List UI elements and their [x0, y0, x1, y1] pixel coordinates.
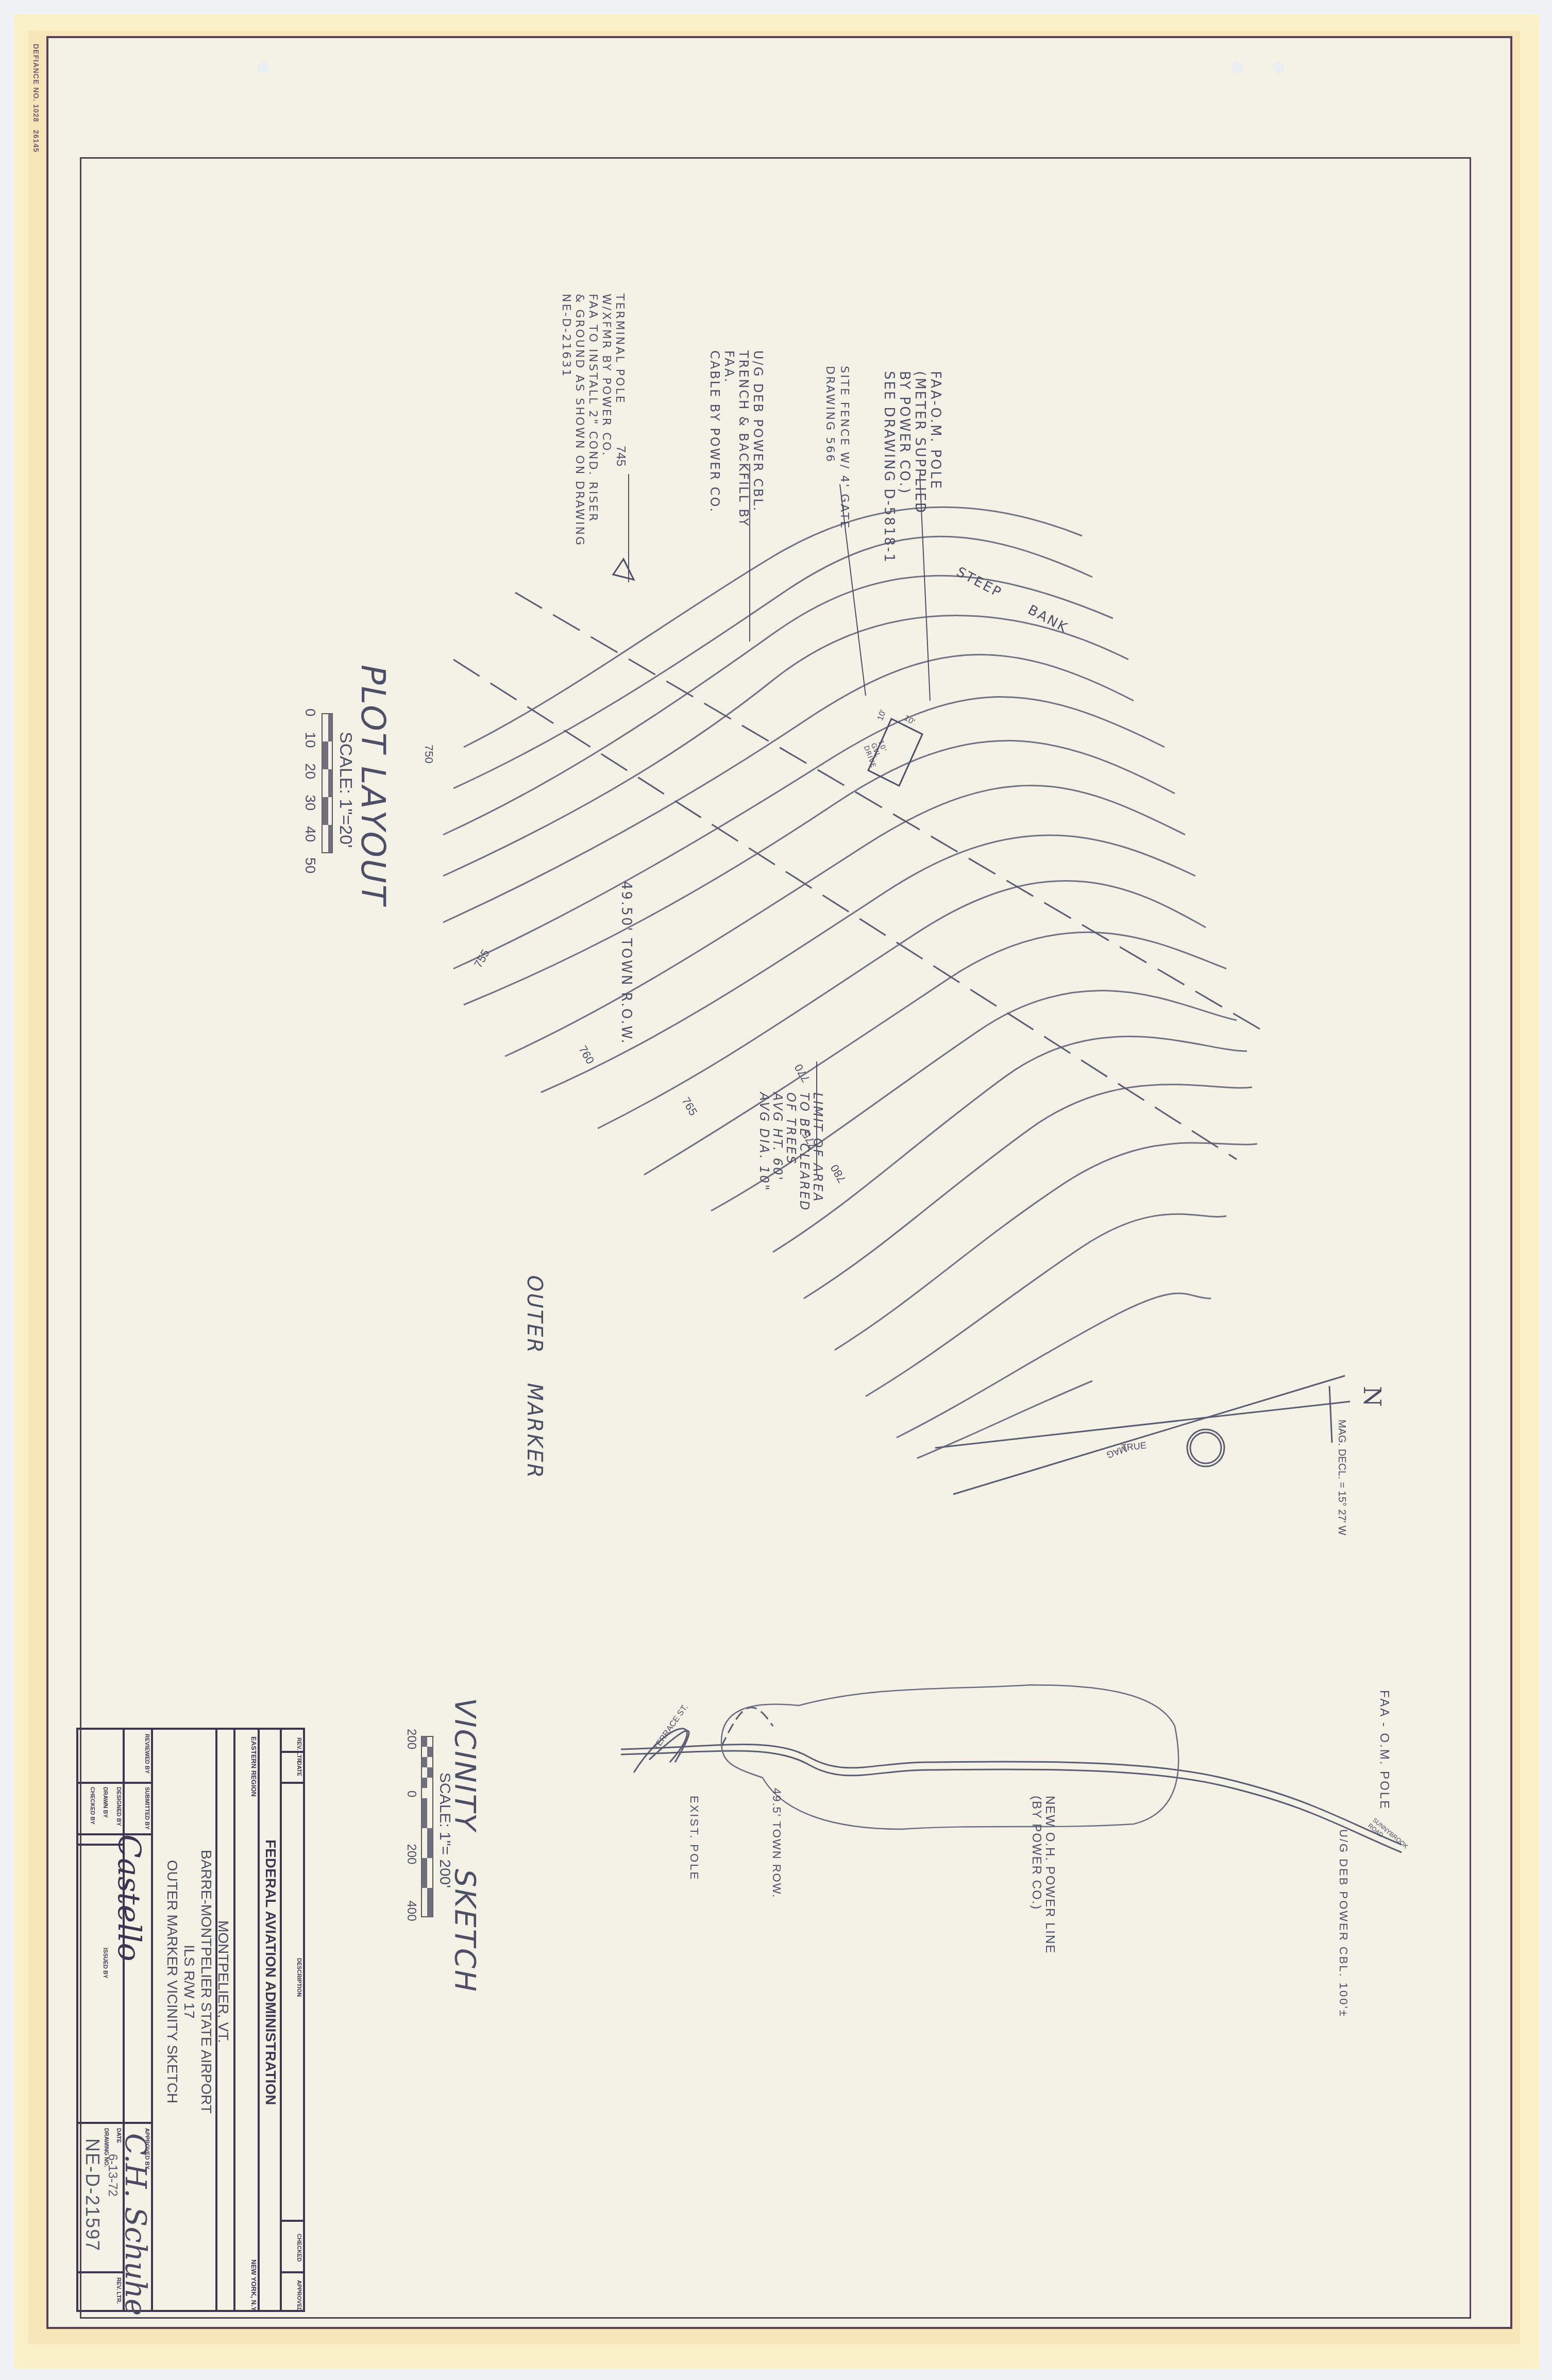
approved-signature: C.H. Schuhe — [119, 2133, 152, 2316]
date-header: DATE — [296, 1761, 302, 1776]
city-label: NEW YORK, N.Y. — [250, 2259, 258, 2312]
approved-header: APPROVED — [296, 2280, 302, 2312]
agency-name: FEDERAL AVIATION ADMINISTRATION — [262, 1839, 279, 2105]
title-line: ILS R/W 17 — [181, 1850, 198, 2114]
callout-line: & GROUND AS SHOWN ON DRAWING — [572, 294, 586, 547]
callout-line: U/G DEB POWER CBL. — [751, 350, 765, 527]
drawing-title: MONTPELIER, VT. BARRE-MONTPELIER STATE A… — [164, 1850, 232, 2114]
drawing-date: 6-13-72 — [105, 2154, 120, 2197]
plot-layout-scale: SCALE: 1"=20' — [335, 732, 356, 848]
callout-line: TERMINAL POLE — [613, 294, 626, 547]
site-fence-callout: SITE FENCE W/ 4' GATE DRAWING 566 — [822, 366, 851, 530]
exist-pole-label: EXIST. POLE — [687, 1796, 701, 1881]
plot-scale-bar — [322, 714, 332, 853]
callout-line: DRAWING 566 — [822, 366, 837, 530]
callout-line: (METER SUPPLIED — [912, 371, 927, 564]
description-header: DESCRIPTION — [296, 1958, 302, 1997]
title-line: MONTPELIER, VT. — [215, 1850, 232, 2114]
title-line: OUTER MARKER VICINITY SKETCH — [164, 1850, 181, 2114]
leader-lines — [629, 464, 930, 1175]
title-line: BARRE-MONTPELIER STATE AIRPORT — [198, 1850, 215, 2114]
tick: 0 — [302, 708, 318, 717]
callout-line: W/XFMR BY POWER CO. — [599, 294, 613, 547]
reviewed-by-label: REVIEWED BY — [144, 1734, 150, 1774]
drawing-number: NE-D-21597 — [81, 2138, 103, 2252]
tick: 10 — [302, 732, 318, 748]
plot-scale-ticks: 0 10 20 30 40 50 — [302, 708, 318, 873]
terminal-pole-callout: TERMINAL POLE W/XFMR BY POWER CO. FAA TO… — [559, 294, 626, 547]
callout-line: FAA TO INSTALL 2" COND. RISER — [586, 294, 599, 547]
tick: 200 — [404, 1844, 418, 1864]
om-pole-callout: FAA-O.M. POLE (METER SUPPLIED BY POWER C… — [881, 371, 943, 564]
mag-declination-label: MAG. DECL. = 15° 27' W — [1336, 1420, 1347, 1535]
callout-line: CABLE BY POWER CO. — [707, 350, 722, 527]
callout-line: NE-D-21631 — [559, 294, 572, 547]
contour-lines — [443, 507, 1257, 1458]
callout-line: OF TREES — [784, 1092, 798, 1211]
plot-layout-title: PLOT LAYOUT — [353, 665, 392, 906]
region-label: EASTERN REGION — [250, 1736, 258, 1797]
rev-ltr-header: REV. LTR. — [296, 1737, 302, 1764]
callout-line: SEE DRAWING D-5818-1 — [881, 371, 897, 564]
town-row-label: 49.50' TOWN R.O.W. — [618, 881, 634, 1045]
callout-line: TRENCH & BACKFILL BY — [736, 350, 751, 527]
callout-line: FAA-O.M. POLE — [927, 371, 943, 564]
outer-marker-label: OUTER MARKER — [522, 1275, 546, 1479]
issued-by-label: ISSUED BY — [102, 1948, 108, 1978]
vicinity-ug-cable-label: U/G DEB POWER CBL. 100'± — [1337, 1829, 1350, 2018]
ug-cable-callout: U/G DEB POWER CBL. TRENCH & BACKFILL BY … — [707, 350, 765, 527]
submitted-by-label: SUBMITTED BY — [144, 1787, 150, 1830]
callout-line: FAA. — [722, 350, 736, 527]
checked-header: CHECKED — [296, 2234, 302, 2261]
submitted-signature: Castello — [111, 1834, 147, 1962]
label-line: NEW O.H. POWER LINE — [1043, 1796, 1056, 1954]
vicinity-scale-bar — [421, 1736, 433, 1917]
callout-line: TO BE CLEARED — [798, 1092, 811, 1211]
north-symbol: N — [1358, 1386, 1386, 1407]
terminal-pole-symbol — [613, 559, 634, 580]
tick: 0 — [404, 1791, 418, 1797]
contour-label: 750 — [422, 745, 435, 764]
label-line: (BY POWER CO.) — [1030, 1796, 1043, 1954]
row-lines — [453, 593, 1262, 1159]
vicinity-om-pole-label: FAA - O.M. POLE — [1377, 1690, 1391, 1810]
drawn-by-label: DRAWN BY — [102, 1787, 108, 1818]
vicinity-town-row-label: 49.5' TOWN ROW. — [770, 1788, 783, 1898]
tick: 50 — [302, 857, 318, 873]
tick: 20 — [302, 763, 318, 779]
tick: 40 — [302, 826, 318, 842]
north-arrow — [935, 1376, 1350, 1494]
vicinity-scale-ticks: 2000200400 — [404, 1729, 418, 1921]
clearing-limit-callout: LIMIT OF AREA TO BE CLEARED OF TREES AVG… — [757, 1092, 824, 1211]
drawing-sheet: DEFIANCE NO. 1028 26145 — [0, 0, 1552, 2380]
new-power-line-label: NEW O.H. POWER LINE (BY POWER CO.) — [1030, 1796, 1056, 1954]
checked-by-label: CHECKED BY — [89, 1787, 95, 1825]
tick: 400 — [404, 1900, 418, 1921]
callout-line: BY POWER CO.) — [897, 371, 912, 564]
callout-line: SITE FENCE W/ 4' GATE — [837, 366, 851, 530]
vicinity-scale-text: SCALE: 1"= 200' — [436, 1773, 453, 1888]
designed-by-label: DESIGNED BY — [115, 1787, 122, 1826]
callout-line: AVG HT. 60' — [771, 1092, 784, 1211]
vicinity-road — [621, 1708, 1402, 1852]
callout-line: LIMIT OF AREA — [811, 1092, 824, 1211]
callout-line: AVG DIA. 10" — [757, 1092, 771, 1211]
tick: 200 — [404, 1729, 418, 1749]
tick: 30 — [302, 795, 318, 811]
